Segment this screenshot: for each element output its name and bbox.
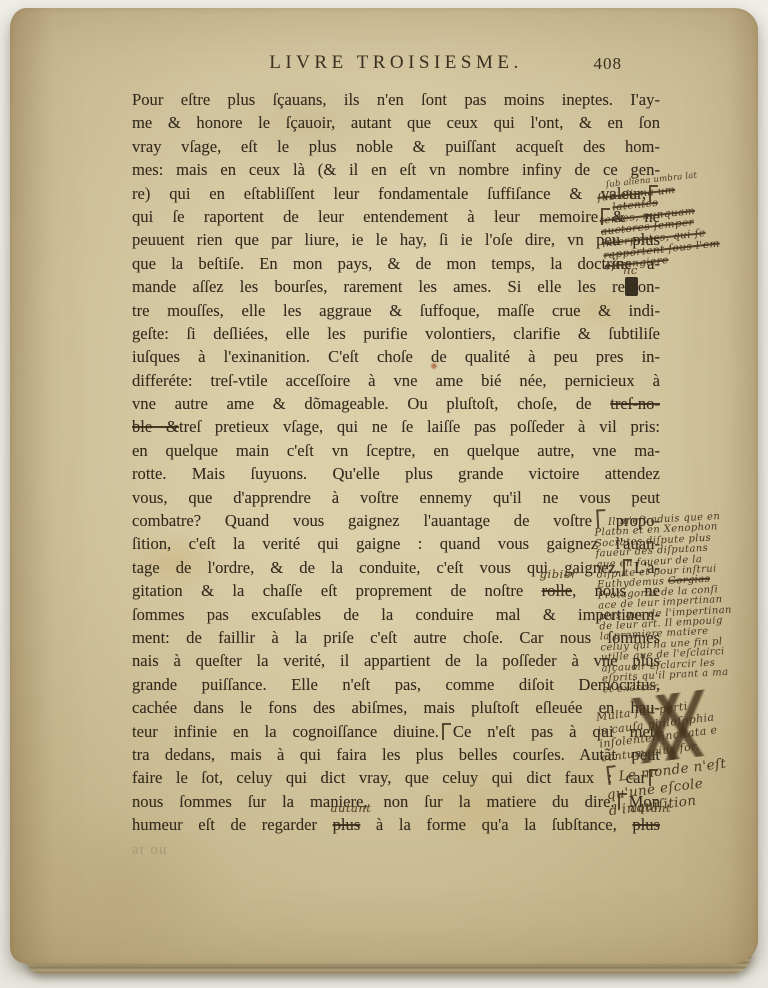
text-segment: peuuent rien que par liure, ie le hay, ſ… — [132, 230, 660, 249]
handwritten-correction: autant — [331, 803, 372, 815]
text-line: qui ſe raportent de leur entendement à l… — [132, 205, 660, 228]
text-line: humeur eſt de regarder autantplus à la f… — [132, 813, 660, 836]
text-segment: cachée dans le fons des abiſmes, mais pl… — [132, 698, 660, 717]
text-line: mes: mais en ceux là (& il en eſt vn nom… — [132, 158, 660, 181]
text-segment: en quelque main c'eſt vn ſceptre, en que… — [132, 441, 660, 460]
text-line: Pour eſtre plus ſçauans, ils n'en ſont p… — [132, 88, 660, 111]
text-line: ſommes pas excuſables de la conduire mal… — [132, 603, 660, 626]
text-line: me & honore le ſçauoir, autant que ceux … — [132, 111, 660, 134]
text-segment: tre mouſſes, elle les aggraue & ſuffoque… — [132, 301, 660, 320]
text-segment: treſ-no- — [610, 394, 660, 413]
text-line: combatre? Quand vous gaignez l'auantage … — [132, 509, 660, 532]
text-line: teur infinie en la cognoiſſance diuine.C… — [132, 720, 660, 743]
text-segment: mes: mais en ceux là (& il en eſt vn nom… — [132, 160, 660, 179]
text-segment: combatre? Quand vous gaignez l'auantage … — [132, 511, 660, 530]
text-line: peuuent rien que par liure, ie le hay, ſ… — [132, 228, 660, 251]
margin-annotation-a2: Il m'eſt aduis que enPlaton et en Xenoph… — [593, 501, 758, 696]
text-segment: Pour eſtre plus ſçauans, ils n'en ſont p… — [132, 90, 660, 109]
text-segment: on- — [638, 277, 660, 296]
text-line: gitation & la chaſſe eſt proprement de n… — [132, 579, 660, 602]
corrected-word: autantplus — [333, 813, 361, 836]
text-segment: me & honore le ſçauoir, autant que ceux … — [132, 113, 660, 132]
page-number: 408 — [594, 54, 623, 74]
text-line: que la beſtiſe. En mon pays, & de mon te… — [132, 252, 660, 275]
text-segment: rotte. Mais ſuyuons. Qu'elle plus grande… — [132, 464, 660, 483]
text-line: nous ſommes ſur la maniere, non ſur la m… — [132, 790, 660, 813]
text-line: iuſques à l'exinanition. C'eſt choſe de … — [132, 345, 660, 368]
text-line: tage de l'ordre, & de la conduite, c'eſt… — [132, 556, 660, 579]
text-segment: faire le ſot, celuy qui dict vray, que c… — [132, 768, 646, 787]
text-segment: rolle — [542, 581, 572, 600]
text-segment: teur infinie en la cognoiſſance diuine. — [132, 722, 439, 741]
text-segment: iuſques à l'exinanition. C'eſt choſe de … — [132, 347, 660, 366]
text-line: vray vſage, eſt le plus noble & puiſſant… — [132, 135, 660, 158]
text-segment: grande puiſſance. Elle n'eſt pas, comme … — [132, 675, 660, 694]
text-segment: treſ pretieux vſage, qui ne ſe laiſſe pa… — [179, 417, 660, 436]
text-line: tra dedans, mais à qui faira les plus be… — [132, 743, 660, 766]
corrected-word: autantplus — [632, 813, 660, 836]
text-line: cachée dans le fons des abiſmes, mais pl… — [132, 696, 660, 719]
text-line: grande puiſſance. Elle n'eſt pas, comme … — [132, 673, 660, 696]
text-line: ſition, c'eſt la verité qui gaigne : qua… — [132, 532, 660, 555]
text-segment: ment: de faillir à la priſe c'eſt autre … — [132, 628, 660, 647]
text-line: tre mouſſes, elle les aggraue & ſuffoque… — [132, 299, 660, 322]
text-segment: tra dedans, mais à qui faira les plus be… — [132, 745, 660, 764]
text-line: ment: de faillir à la priſe c'eſt autre … — [132, 626, 660, 649]
text-line: ble &treſ pretieux vſage, qui ne ſe laiſ… — [132, 415, 660, 438]
text-segment: nais à queſter la verité, il appartient … — [132, 651, 660, 670]
paper-page: LIVRE TROISIESME. 408 Pour eſtre plus ſç… — [10, 8, 758, 964]
text-segment: re) qui en eſtabliſſent leur fondamental… — [132, 184, 646, 203]
corrected-word: ncm — [625, 275, 638, 298]
text-segment: vray vſage, eſt le plus noble & puiſſant… — [132, 137, 660, 156]
text-segment: differéte: treſ-vtile acceſſoire à vne a… — [132, 371, 660, 390]
text-line: mande aſſez les bourſes, rarement les am… — [132, 275, 660, 298]
text-line: nais à queſter la verité, il appartient … — [132, 649, 660, 672]
bleedthrough-text: ar ou — [132, 842, 167, 859]
text-segment: plus — [632, 815, 660, 834]
insertion-mark-icon — [442, 723, 451, 740]
text-segment: à la forme qu'a la ſubſtance, — [360, 815, 632, 834]
insertion-mark-icon — [596, 509, 606, 528]
text-line: en quelque main c'eſt vn ſceptre, en que… — [132, 439, 660, 462]
text-segment: humeur eſt de regarder — [132, 815, 333, 834]
text-segment: mande aſſez les bourſes, rarement les am… — [132, 277, 625, 296]
insertion-mark-icon — [606, 765, 617, 785]
text-line: rotte. Mais ſuyuons. Qu'elle plus grande… — [132, 462, 660, 485]
text-line: faire le ſot, celuy qui dict vray, que c… — [132, 766, 660, 789]
text-segment: geſte: ſi deſliées, elle les purifie vol… — [132, 324, 660, 343]
corrected-word: gibierrolle — [542, 579, 572, 602]
text-segment: nous ſommes ſur la maniere, non ſur la m… — [132, 792, 615, 811]
text-segment: que la beſtiſe. En mon pays, & de mon te… — [132, 254, 660, 273]
text-segment: vous, que d'apprendre à voſtre ennemy qu… — [132, 488, 660, 507]
text-line: re) qui en eſtabliſſent leur fondamental… — [132, 182, 660, 205]
text-line: vous, que d'apprendre à voſtre ennemy qu… — [132, 486, 660, 509]
text-segment: ſommes pas excuſables de la conduire mal… — [132, 605, 660, 624]
text-segment: plus — [333, 815, 361, 834]
text-line: vne autre ame & dõmageable. Ou pluſtoſt,… — [132, 392, 660, 415]
text-segment: gitation & la chaſſe eſt proprement de n… — [132, 581, 542, 600]
text-line: differéte: treſ-vtile acceſſoire à vne a… — [132, 369, 660, 392]
page-header: LIVRE TROISIESME. 408 — [132, 52, 660, 82]
running-title: LIVRE TROISIESME. — [132, 52, 660, 74]
text-segment: vne autre ame & dõmageable. Ou pluſtoſt,… — [132, 394, 610, 413]
text-segment: m — [625, 277, 638, 296]
text-line: geſte: ſi deſliées, elle les purifie vol… — [132, 322, 660, 345]
screenshot-root: { "header": { "title": "LIVRE TROISIESME… — [0, 0, 768, 988]
margin-annotation-a1: ſub aliena umbra latſub aliena umlatente… — [596, 163, 758, 273]
printed-text: Pour eſtre plus ſçauans, ils n'en ſont p… — [132, 88, 660, 837]
text-segment: ble & — [132, 417, 179, 436]
text-segment: ſition, c'eſt la verité qui gaigne : qua… — [132, 534, 660, 553]
text-segment: qui ſe raportent de leur entendement à l… — [132, 207, 598, 226]
handwritten-correction: gibier — [540, 569, 577, 581]
